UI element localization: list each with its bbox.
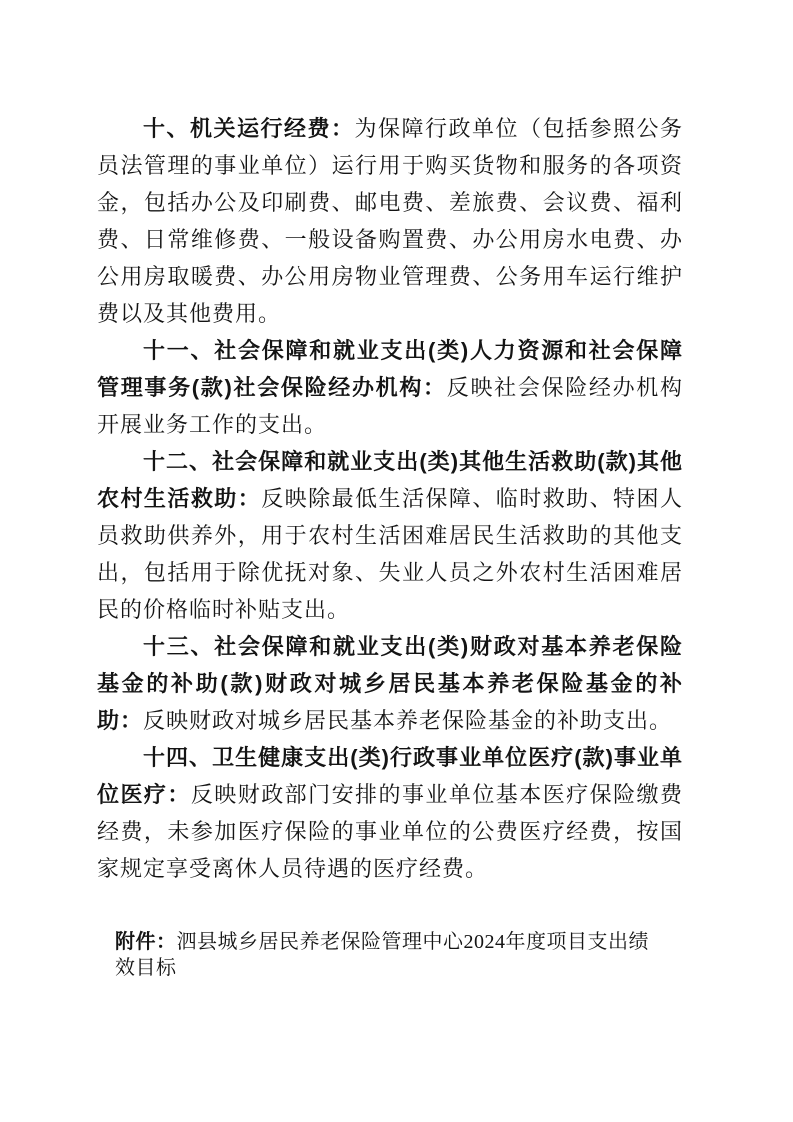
document-page: 十、机关运行经费：为保障行政单位（包括参照公务员法管理的事业单位）运行用于购买货… <box>0 0 793 1122</box>
paragraph-13-pension-fund-subsidy: 十三、社会保障和就业支出(类)财政对基本养老保险基金的补助(款)财政对城乡居民基… <box>97 628 683 739</box>
attachment-text: 泗县城乡居民养老保险管理中心2024年度项目支出绩效目标 <box>115 931 649 979</box>
paragraph-14-health-medical-expense: 十四、卫生健康支出(类)行政事业单位医疗(款)事业单位医疗：反映财政部门安排的事… <box>97 739 683 887</box>
attachment-label: 附件： <box>115 931 177 953</box>
paragraph-text: 反映财政对城乡居民基本养老保险基金的补助支出。 <box>143 708 672 733</box>
paragraph-12-rural-living-assistance: 十二、社会保障和就业支出(类)其他生活救助(款)其他农村生活救助：反映除最低生活… <box>97 443 683 628</box>
paragraph-10-agency-operating-funds: 十、机关运行经费：为保障行政单位（包括参照公务员法管理的事业单位）运行用于购买货… <box>97 110 683 332</box>
paragraph-text: 为保障行政单位（包括参照公务员法管理的事业单位）运行用于购买货物和服务的各项资金… <box>97 116 683 326</box>
paragraph-11-social-security-agency: 十一、社会保障和就业支出(类)人力资源和社会保障管理事务(款)社会保险经办机构：… <box>97 332 683 443</box>
paragraph-lead: 十、机关运行经费： <box>143 116 355 141</box>
document-body: 十、机关运行经费：为保障行政单位（包括参照公务员法管理的事业单位）运行用于购买货… <box>97 110 683 887</box>
attachment-note: 附件：泗县城乡居民养老保险管理中心2024年度项目支出绩效目标 <box>115 929 660 981</box>
